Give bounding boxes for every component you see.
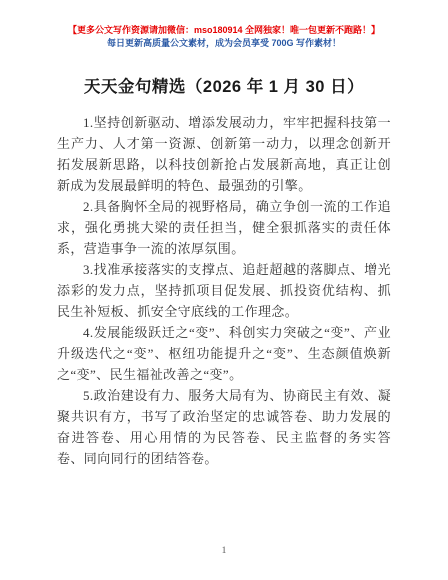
watermark-line-2: 每日更新高质量公文素材，成为会员享受 700G 写作素材！	[0, 37, 448, 50]
document-page: 【更多公文写作资源请加微信：mso180914 全网独家！唯一包更新不跑路！】 …	[0, 0, 448, 580]
body-paragraph: 1.坚持创新驱动、增添发展动力，牢牢把握科技第一生产力、人才第一资源、创新第一动…	[57, 112, 391, 196]
watermark-line-1: 【更多公文写作资源请加微信：mso180914 全网独家！唯一包更新不跑路！】	[0, 24, 448, 37]
watermark-header: 【更多公文写作资源请加微信：mso180914 全网独家！唯一包更新不跑路！】 …	[0, 0, 448, 50]
page-number: 1	[222, 546, 227, 556]
body-paragraph: 2.具备胸怀全局的视野格局，确立争创一流的工作追求，强化勇挑大梁的责任担当，健全…	[57, 196, 391, 259]
document-title: 天天金句精选（2026 年 1 月 30 日）	[30, 75, 418, 99]
body-paragraph: 5.政治建设有力、服务大局有为、协商民主有效、凝聚共识有方，书写了政治坚定的忠诚…	[57, 385, 391, 469]
body-paragraph: 3.找准承接落实的支撑点、追赶超越的落脚点、增光添彩的发力点，坚持抓项目促发展、…	[57, 259, 391, 322]
document-body: 1.坚持创新驱动、增添发展动力，牢牢把握科技第一生产力、人才第一资源、创新第一动…	[57, 112, 391, 469]
body-paragraph: 4.发展能级跃迁之“变”、科创实力突破之“变”、产业升级迭代之“变”、枢纽功能提…	[57, 322, 391, 385]
page-footer: 1	[0, 540, 448, 558]
